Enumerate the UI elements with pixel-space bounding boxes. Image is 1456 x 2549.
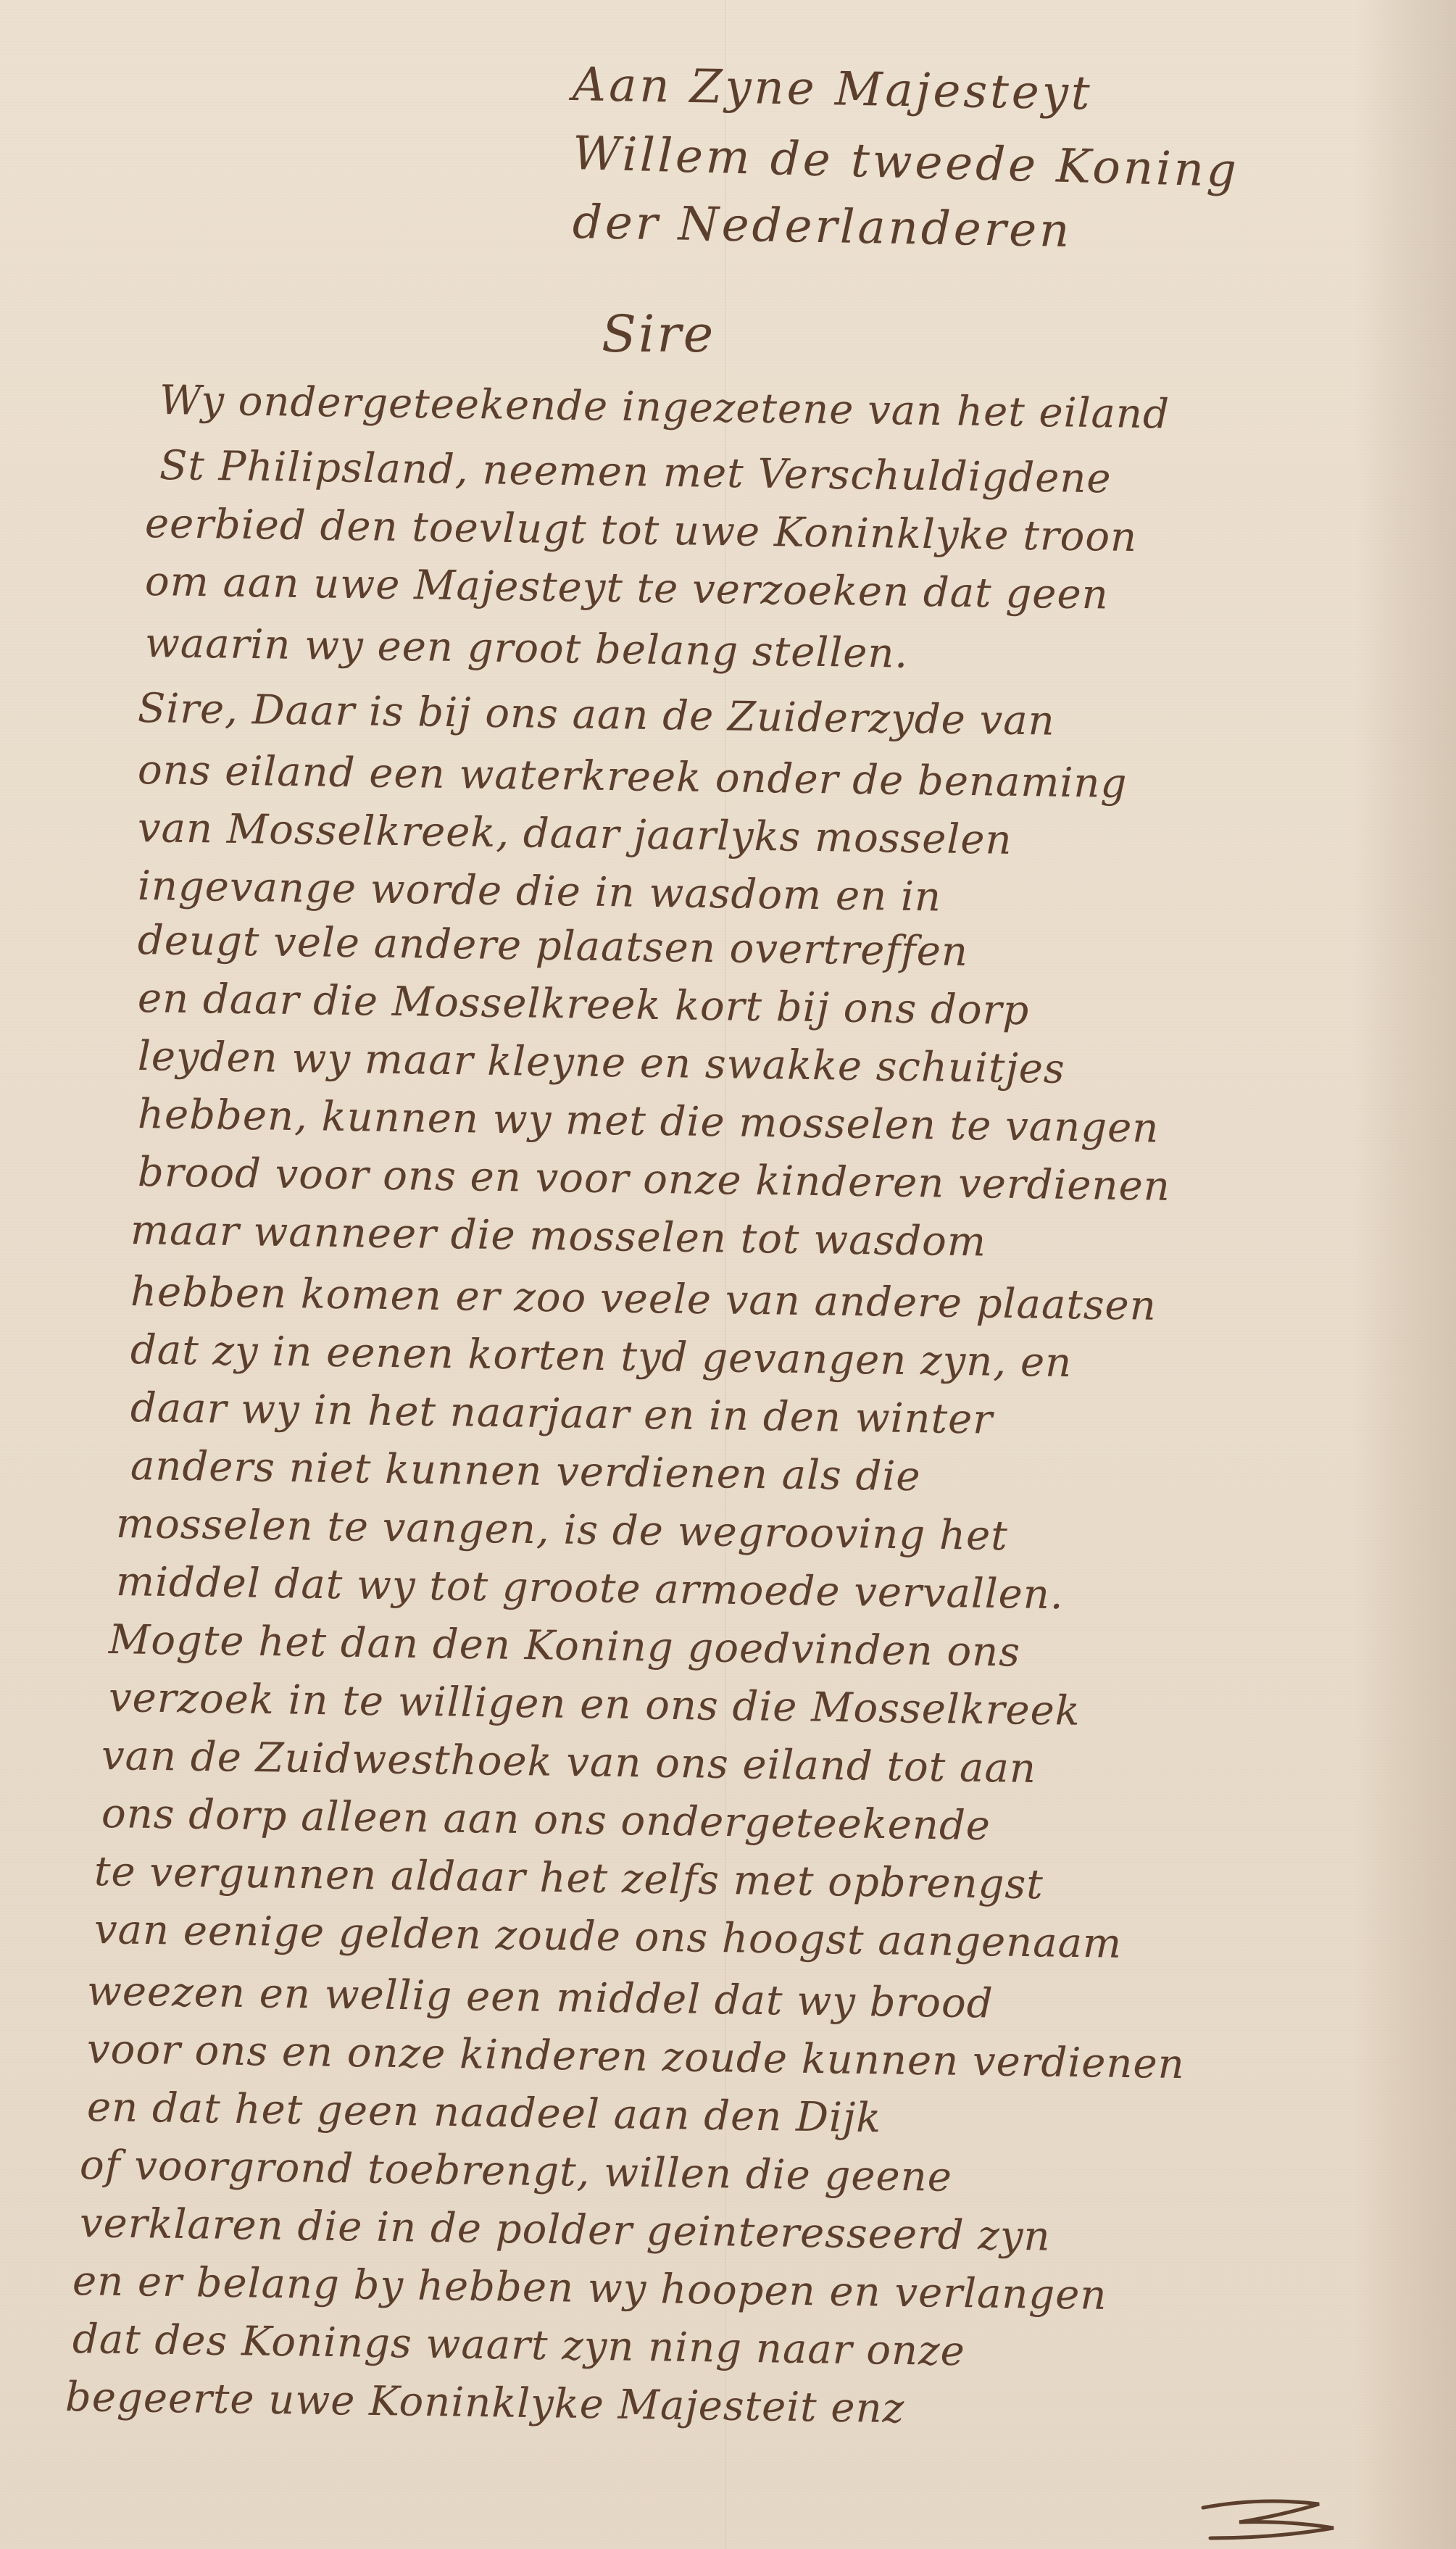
address-line-3: der Nederlanderen xyxy=(572,196,1073,258)
salutation: Sire xyxy=(602,304,715,364)
closing-flourish-icon xyxy=(1196,2493,1341,2544)
address-line-1: Aan Zyne Majesteyt xyxy=(572,58,1093,121)
